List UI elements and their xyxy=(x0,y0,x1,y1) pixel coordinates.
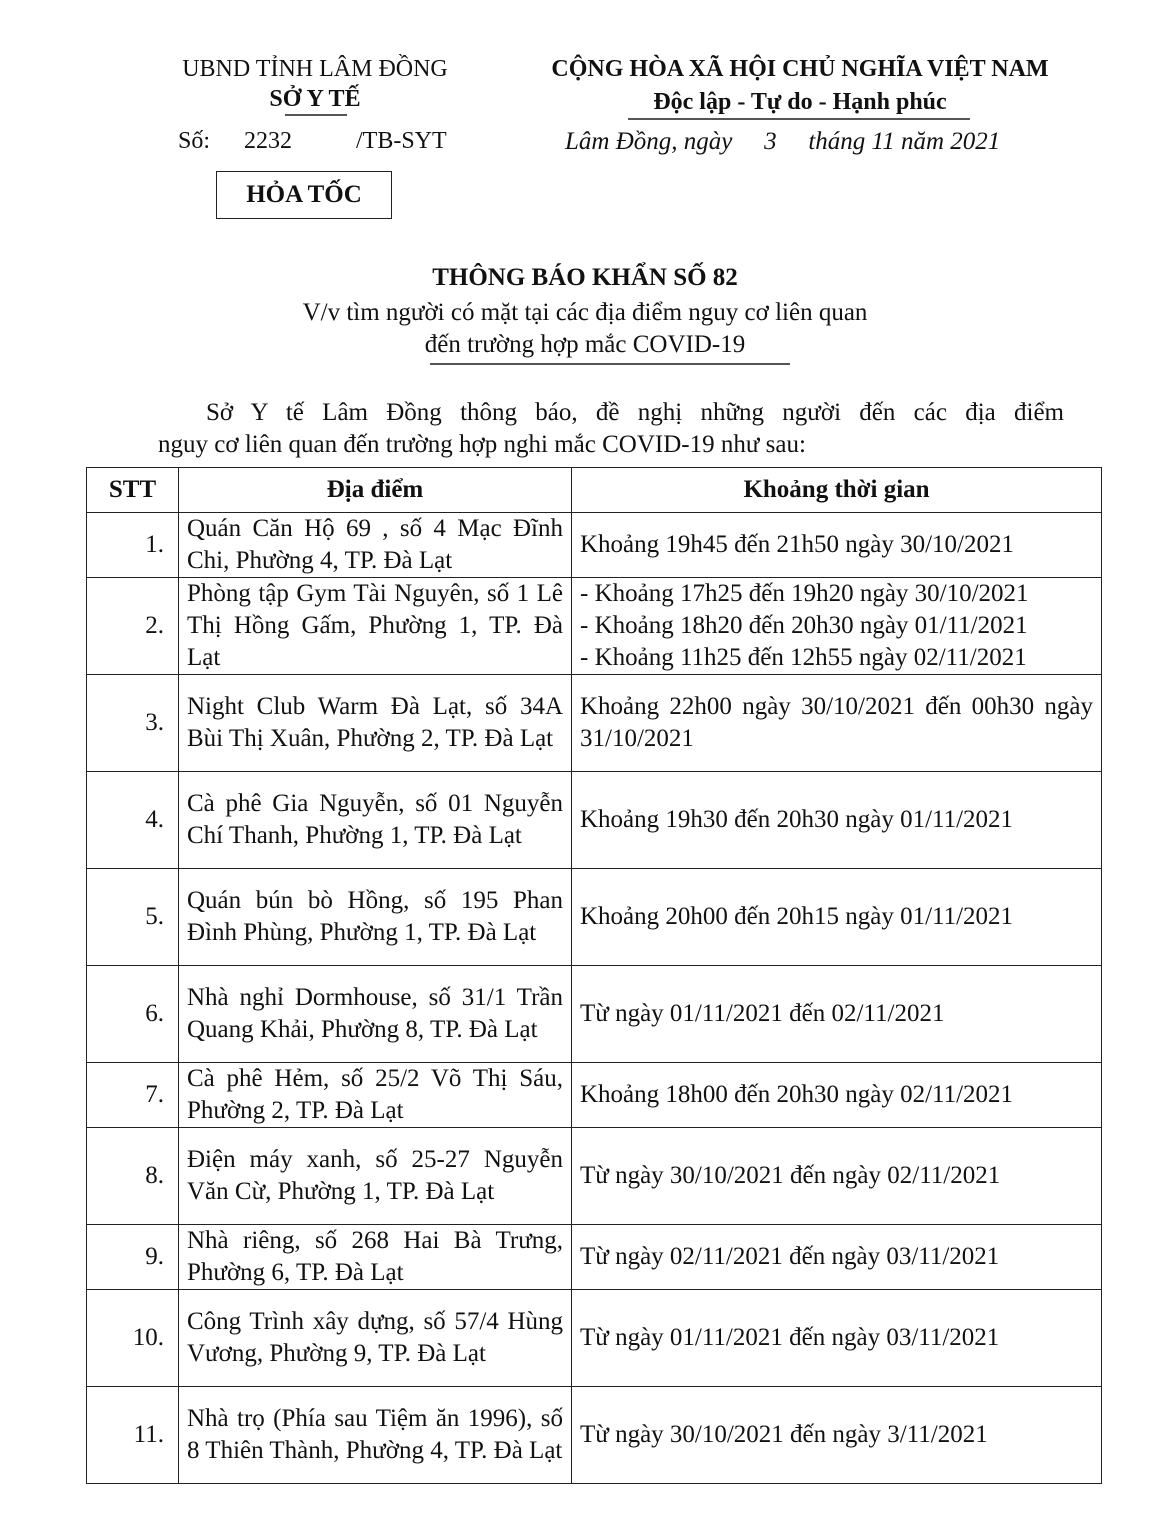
row-stt: 1. xyxy=(87,513,179,578)
row-time-range: - Khoảng 17h25 đến 19h20 ngày 30/10/2021… xyxy=(572,578,1102,675)
date-day: 3 xyxy=(732,128,808,156)
table-row: 11.Nhà trọ (Phía sau Tiệm ăn 1996), số 8… xyxy=(87,1387,1102,1484)
agency-underline xyxy=(285,114,347,116)
intro-line2: nguy cơ liên quan đến trường hợp nghi mắ… xyxy=(158,431,806,458)
row-stt: 3. xyxy=(87,675,179,772)
row-location: Công Trình xây dựng, số 57/4 Hùng Vương,… xyxy=(179,1290,572,1387)
time-entry: Khoảng 18h00 đến 20h30 ngày 02/11/2021 xyxy=(580,1079,1093,1111)
table-row: 10.Công Trình xây dựng, số 57/4 Hùng Vươ… xyxy=(87,1290,1102,1387)
document-number: Số:2232/TB-SYT xyxy=(178,128,447,155)
row-time-range: Từ ngày 30/10/2021 đến ngày 02/11/2021 xyxy=(572,1128,1102,1225)
notice-title: THÔNG BÁO KHẨN SỐ 82 xyxy=(150,264,1020,292)
time-entry: Từ ngày 02/11/2021 đến ngày 03/11/2021 xyxy=(580,1241,1093,1273)
notice-subtitle-line1: V/v tìm người có mặt tại các địa điểm ng… xyxy=(150,297,1020,329)
row-location: Nhà nghỉ Dormhouse, số 31/1 Trần Quang K… xyxy=(179,966,572,1063)
time-entry: Từ ngày 30/10/2021 đến ngày 3/11/2021 xyxy=(580,1419,1093,1451)
row-stt: 6. xyxy=(87,966,179,1063)
risk-locations-table: STT Địa điểm Khoảng thời gian 1.Quán Căn… xyxy=(86,467,1102,1484)
table-body: 1.Quán Căn Hộ 69 , số 4 Mạc Đĩnh Chi, Ph… xyxy=(87,513,1102,1484)
doc-number-label: Số: xyxy=(178,128,244,155)
row-location: Quán Căn Hộ 69 , số 4 Mạc Đĩnh Chi, Phườ… xyxy=(179,513,572,578)
intro-line1: Sở Y tế Lâm Đồng thông báo, đề nghị nhữn… xyxy=(158,397,1064,429)
time-entry: - Khoảng 11h25 đến 12h55 ngày 02/11/2021 xyxy=(580,642,1093,674)
doc-number-value: 2232 xyxy=(244,128,356,155)
table-row: 4.Cà phê Gia Nguyễn, số 01 Nguyễn Chí Th… xyxy=(87,772,1102,869)
row-time-range: Khoảng 19h30 đến 20h30 ngày 01/11/2021 xyxy=(572,772,1102,869)
time-entry: Từ ngày 01/11/2021 đến ngày 03/11/2021 xyxy=(580,1322,1093,1354)
row-time-range: Từ ngày 30/10/2021 đến ngày 3/11/2021 xyxy=(572,1387,1102,1484)
country-name: CỘNG HÒA XÃ HỘI CHỦ NGHĨA VIỆT NAM xyxy=(510,54,1090,84)
row-time-range: Khoảng 18h00 đến 20h30 ngày 02/11/2021 xyxy=(572,1063,1102,1128)
row-location: Quán bún bò Hồng, số 195 Phan Đình Phùng… xyxy=(179,869,572,966)
row-time-range: Từ ngày 01/11/2021 đến ngày 03/11/2021 xyxy=(572,1290,1102,1387)
place-date-prefix: Lâm Đồng, ngày xyxy=(565,128,732,155)
time-entry: Từ ngày 01/11/2021 đến 02/11/2021 xyxy=(580,998,1093,1030)
table-row: 2.Phòng tập Gym Tài Nguyên, số 1 Lê Thị … xyxy=(87,578,1102,675)
subtitle-underline xyxy=(430,363,790,365)
row-time-range: Khoảng 22h00 ngày 30/10/2021 đến 00h30 n… xyxy=(572,675,1102,772)
table-row: 6.Nhà nghỉ Dormhouse, số 31/1 Trần Quang… xyxy=(87,966,1102,1063)
row-stt: 4. xyxy=(87,772,179,869)
row-stt: 2. xyxy=(87,578,179,675)
time-entry: Khoảng 19h30 đến 20h30 ngày 01/11/2021 xyxy=(580,804,1093,836)
national-motto: Độc lập - Tự do - Hạnh phúc xyxy=(510,87,1090,117)
table-header-row: STT Địa điểm Khoảng thời gian xyxy=(87,468,1102,513)
table-row: 1.Quán Căn Hộ 69 , số 4 Mạc Đĩnh Chi, Ph… xyxy=(87,513,1102,578)
place-date: Lâm Đồng, ngày3tháng 11 năm 2021 xyxy=(565,128,1000,156)
time-entry: Khoảng 19h45 đến 21h50 ngày 30/10/2021 xyxy=(580,529,1093,561)
column-header-stt: STT xyxy=(87,468,179,513)
time-entry: Từ ngày 30/10/2021 đến ngày 02/11/2021 xyxy=(580,1160,1093,1192)
row-time-range: Từ ngày 01/11/2021 đến 02/11/2021 xyxy=(572,966,1102,1063)
row-location: Nhà trọ (Phía sau Tiệm ăn 1996), số 8 Th… xyxy=(179,1387,572,1484)
notice-subtitle-line2: đến trường hợp mắc COVID-19 xyxy=(150,329,1020,361)
row-location: Night Club Warm Đà Lạt, số 34A Bùi Thị X… xyxy=(179,675,572,772)
row-time-range: Khoảng 19h45 đến 21h50 ngày 30/10/2021 xyxy=(572,513,1102,578)
row-stt: 8. xyxy=(87,1128,179,1225)
time-entry: - Khoảng 17h25 đến 19h20 ngày 30/10/2021 xyxy=(580,578,1093,610)
table-row: 9.Nhà riêng, số 268 Hai Bà Trưng, Phường… xyxy=(87,1225,1102,1290)
agency-parent: UBND TỈNH LÂM ĐỒNG xyxy=(150,54,480,84)
table-row: 8.Điện máy xanh, số 25-27 Nguyễn Văn Cừ,… xyxy=(87,1128,1102,1225)
urgency-stamp: HỎA TỐC xyxy=(216,171,392,219)
row-stt: 5. xyxy=(87,869,179,966)
table-row: 7.Cà phê Hẻm, số 25/2 Võ Thị Sáu, Phường… xyxy=(87,1063,1102,1128)
column-header-location: Địa điểm xyxy=(179,468,572,513)
motto-underline xyxy=(628,118,970,120)
row-stt: 10. xyxy=(87,1290,179,1387)
row-time-range: Khoảng 20h00 đến 20h15 ngày 01/11/2021 xyxy=(572,869,1102,966)
table-row: 5.Quán bún bò Hồng, số 195 Phan Đình Phù… xyxy=(87,869,1102,966)
agency-name: SỞ Y TẾ xyxy=(150,84,480,114)
row-stt: 9. xyxy=(87,1225,179,1290)
date-month-year: tháng 11 năm 2021 xyxy=(808,128,1000,155)
row-stt: 11. xyxy=(87,1387,179,1484)
table-row: 3.Night Club Warm Đà Lạt, số 34A Bùi Thị… xyxy=(87,675,1102,772)
row-location: Nhà riêng, số 268 Hai Bà Trưng, Phường 6… xyxy=(179,1225,572,1290)
doc-number-suffix: /TB-SYT xyxy=(356,128,447,155)
intro-paragraph: Sở Y tế Lâm Đồng thông báo, đề nghị nhữn… xyxy=(158,397,1064,461)
row-location: Cà phê Hẻm, số 25/2 Võ Thị Sáu, Phường 2… xyxy=(179,1063,572,1128)
row-location: Phòng tập Gym Tài Nguyên, số 1 Lê Thị Hồ… xyxy=(179,578,572,675)
time-entry: Khoảng 22h00 ngày 30/10/2021 đến 00h30 n… xyxy=(580,691,1093,755)
row-time-range: Từ ngày 02/11/2021 đến ngày 03/11/2021 xyxy=(572,1225,1102,1290)
row-location: Cà phê Gia Nguyễn, số 01 Nguyễn Chí Than… xyxy=(179,772,572,869)
row-stt: 7. xyxy=(87,1063,179,1128)
column-header-time: Khoảng thời gian xyxy=(572,468,1102,513)
time-entry: Khoảng 20h00 đến 20h15 ngày 01/11/2021 xyxy=(580,901,1093,933)
row-location: Điện máy xanh, số 25-27 Nguyễn Văn Cừ, P… xyxy=(179,1128,572,1225)
time-entry: - Khoảng 18h20 đến 20h30 ngày 01/11/2021 xyxy=(580,610,1093,642)
